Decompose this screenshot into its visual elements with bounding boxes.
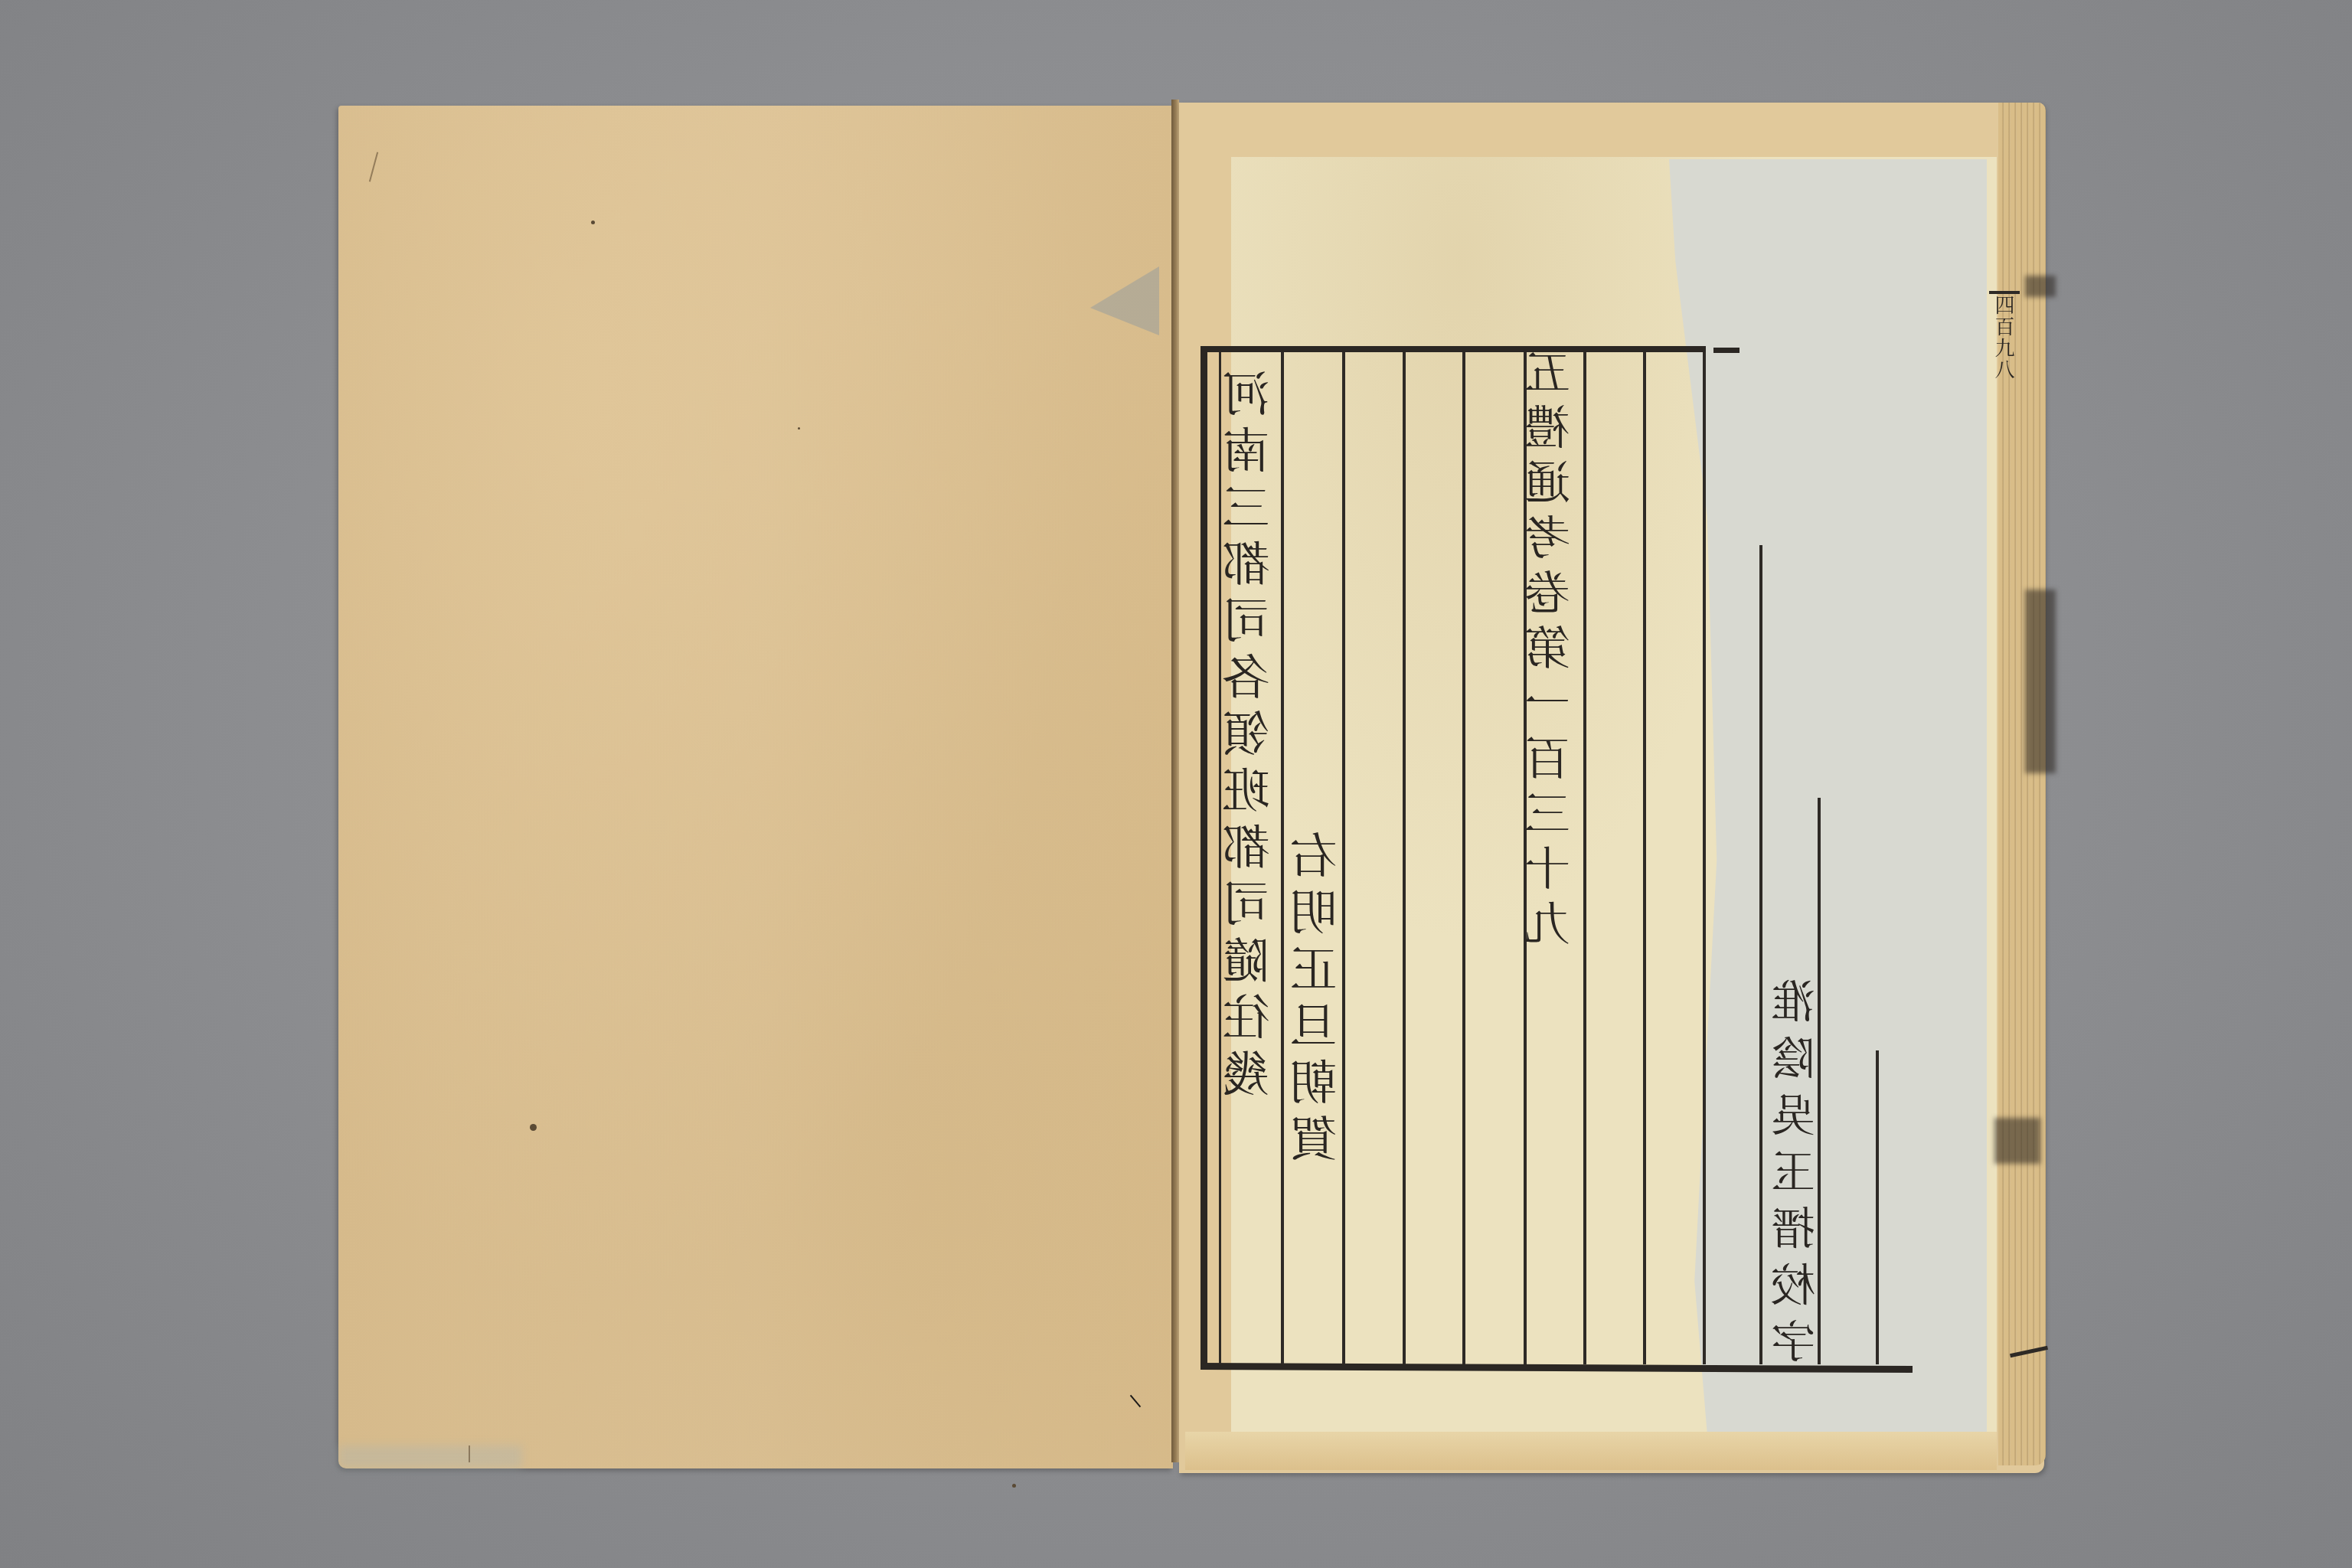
column-rule (1281, 352, 1284, 1364)
book-gutter (1171, 100, 1179, 1462)
ink-smudge (1994, 1118, 2040, 1164)
left-page (338, 106, 1173, 1468)
frame-border-top (1713, 348, 1739, 353)
frame-border-top (1200, 346, 1706, 352)
text-column-title: 五禮通考卷第一百三十九 (1528, 348, 1574, 955)
ink-speck (1012, 1484, 1016, 1488)
column-rule (1703, 352, 1706, 1364)
text-column-editor: 淮陰吳玉搢校字 (1775, 978, 1819, 1375)
open-book: 河南三都司各領班都司隨往幾 右明正旦朝賀 五禮通考卷第一百三十九 淮陰吳玉搢校字… (0, 0, 2352, 1568)
ink-speck (530, 1124, 537, 1131)
column-rule (1759, 545, 1762, 1364)
text-column-location: 河南三都司各領班都司隨往幾 (1227, 369, 1274, 1106)
page-edge-number: 四百九八 (1989, 295, 2017, 381)
column-rule (1876, 1050, 1879, 1364)
ink-speck (591, 220, 595, 224)
frame-border-left (1200, 346, 1207, 1370)
column-rule (1403, 352, 1406, 1364)
paper-fiber (369, 152, 378, 181)
ink-smudge (2025, 276, 2056, 297)
page-bottom-margin (1185, 1432, 1997, 1470)
column-rule (1462, 352, 1465, 1364)
text-column-section: 右明正旦朝賀 (1294, 831, 1341, 1171)
ink-smudge (2025, 590, 2056, 773)
column-rule (1219, 352, 1221, 1364)
ink-speck (798, 427, 800, 430)
paper-fiber (1130, 1395, 1141, 1408)
stain (1090, 266, 1159, 335)
paper-fiber (469, 1445, 470, 1462)
stain (338, 1445, 522, 1468)
column-rule (1583, 352, 1586, 1364)
column-rule (1643, 352, 1646, 1364)
edge-rule (1989, 291, 2020, 294)
